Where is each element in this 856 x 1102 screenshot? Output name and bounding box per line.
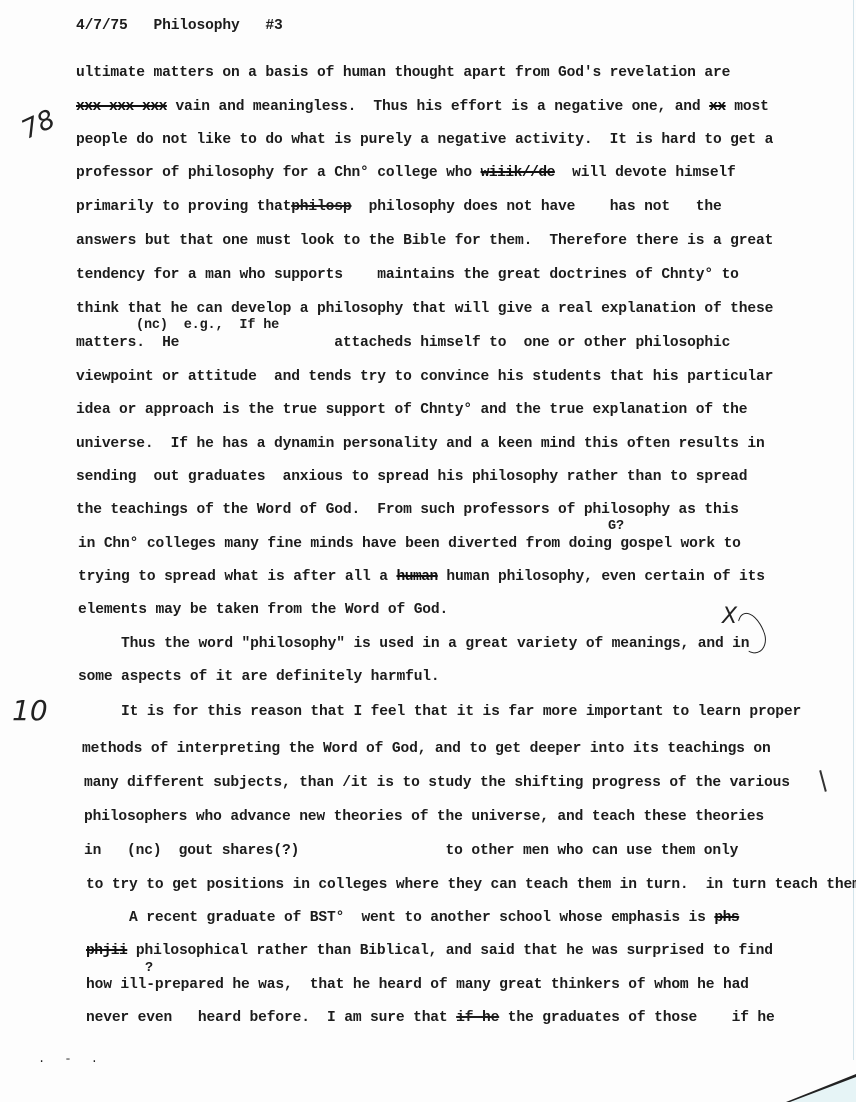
struck-text: phjii xyxy=(86,943,127,959)
struck-text: xx xyxy=(709,99,726,115)
struck-text: xxx xxx xxx xyxy=(76,99,167,115)
struck-text: phs xyxy=(714,910,739,926)
text-line: answers but that one must look to the Bi… xyxy=(76,232,773,250)
page-edge xyxy=(853,0,854,1060)
struck-text: philosp xyxy=(291,199,351,215)
struck-text: human xyxy=(396,569,437,585)
text-line: methods of interpreting the Word of God,… xyxy=(82,740,771,758)
text-line: It is for this reason that I feel that i… xyxy=(78,703,801,721)
text-line: Thus the word "philosophy" is used in a … xyxy=(78,635,749,653)
stray-marks: . - . xyxy=(38,1052,104,1066)
text-line: how ill-prepared he was, that he heard o… xyxy=(86,976,749,994)
text-line: matters. He attacheds himself to one or … xyxy=(76,334,730,352)
struck-text: if he xyxy=(456,1010,499,1026)
text-line: A recent graduate of BST° went to anothe… xyxy=(86,909,739,927)
text-line: primarily to proving thatphilosp philoso… xyxy=(76,198,722,216)
text-line: never even heard before. I am sure that … xyxy=(86,1009,775,1027)
text-line: think that he can develop a philosophy t… xyxy=(76,300,773,318)
text-line: xxx xxx xxx vain and meaningless. Thus h… xyxy=(76,98,769,116)
text-line: viewpoint or attitude and tends try to c… xyxy=(76,368,773,386)
margin-x-mark: X xyxy=(722,604,737,629)
text-line: some aspects of it are definitely harmfu… xyxy=(78,668,440,686)
text-line: trying to spread what is after all a hum… xyxy=(78,568,765,586)
text-line: philosophers who advance new theories of… xyxy=(84,808,764,826)
header-title: Philosophy xyxy=(153,18,239,34)
text-line: to try to get positions in colleges wher… xyxy=(86,876,856,894)
interlinear-note: (nc) e.g., If he xyxy=(136,317,279,335)
text-line: people do not like to do what is purely … xyxy=(76,131,773,149)
interlinear-note: G? xyxy=(608,518,624,536)
document-header: 4/7/75 Philosophy #3 xyxy=(76,17,283,35)
text-line: many different subjects, than /it is to … xyxy=(84,774,790,792)
text-line: tendency for a man who supports maintain… xyxy=(76,266,739,284)
document-page: 4/7/75 Philosophy #3 78 10 X ultimate ma… xyxy=(0,0,856,1102)
header-date: 4/7/75 xyxy=(76,18,128,34)
margin-note-10: 10 xyxy=(12,694,48,727)
text-line: universe. If he has a dynamin personalit… xyxy=(76,435,765,453)
text-line: in (nc) gout shares(?) to other men who … xyxy=(84,842,738,860)
text-line: ultimate matters on a basis of human tho… xyxy=(76,64,730,82)
text-line: phjii philosophical rather than Biblical… xyxy=(86,942,773,960)
header-number: #3 xyxy=(265,18,282,34)
margin-tick-mark xyxy=(819,770,826,792)
struck-text: wiiik//de xyxy=(481,165,555,181)
text-line: professor of philosophy for a Chn° colle… xyxy=(76,164,736,182)
text-line: sending out graduates anxious to spread … xyxy=(76,468,747,486)
text-line: idea or approach is the true support of … xyxy=(76,401,747,419)
text-line: elements may be taken from the Word of G… xyxy=(78,601,448,619)
page-corner-shadow xyxy=(790,1077,856,1102)
margin-note-78: 78 xyxy=(17,104,60,145)
text-line: in Chn° colleges many fine minds have be… xyxy=(78,535,741,553)
text-line: the teachings of the Word of God. From s… xyxy=(76,501,739,519)
